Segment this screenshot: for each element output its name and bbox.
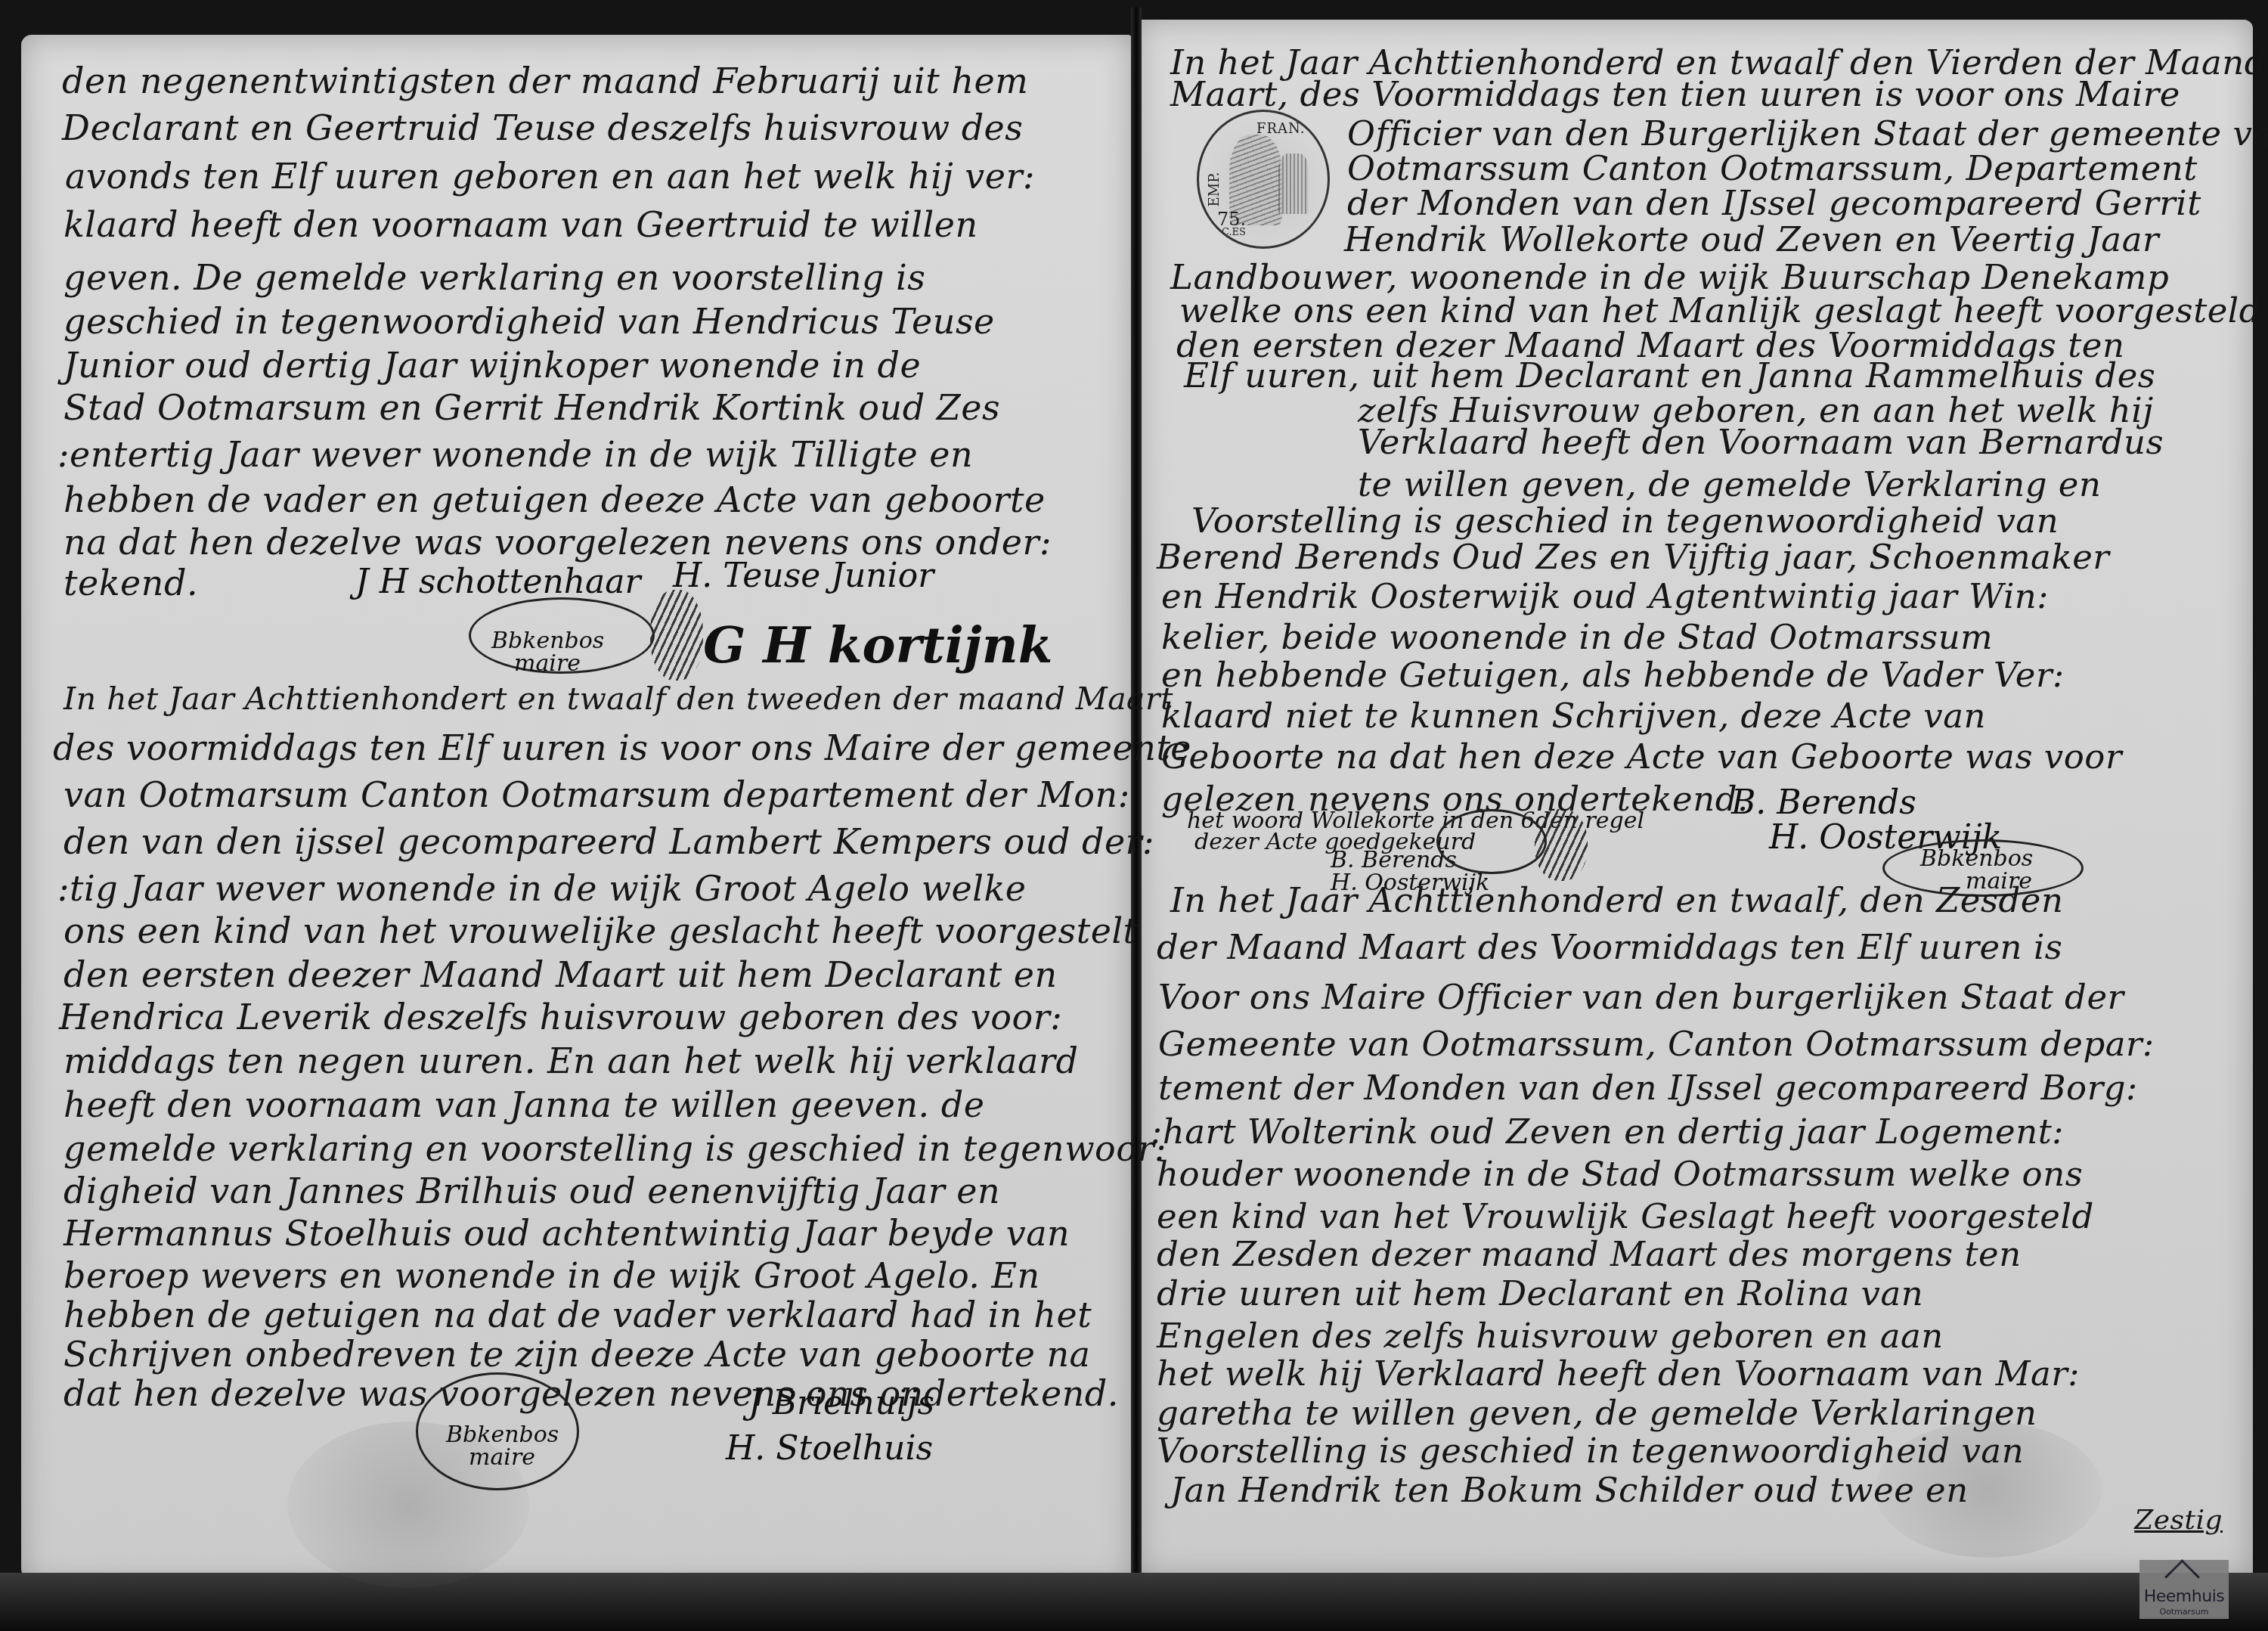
text-line: het welk hij Verklaard heeft den Voornaa… — [1157, 1353, 2080, 1394]
text-line: den Zesden dezer maand Maart des morgens… — [1157, 1234, 2022, 1274]
text-line: Voorstelling is geschied in tegenwoordig… — [1157, 1431, 2024, 1471]
heemhuis-ootmarsum-logo: Heemhuis Ootmarsum — [2139, 1560, 2229, 1619]
text-line: Zestig — [2134, 1505, 2223, 1536]
text-line: der Maand Maart des Voormiddags ten Elf … — [1157, 927, 2062, 967]
text-line: houder woonende in de Stad Ootmarssum we… — [1157, 1154, 2083, 1194]
logo-town: Ootmarsum — [2139, 1607, 2229, 1617]
right-page-record-2: In het Jaar Achttienhonderd en twaalf, d… — [0, 0, 2268, 1631]
text-line: drie uuren uit hem Declarant en Rolina v… — [1157, 1273, 1923, 1313]
text-line: garetha te willen geven, de gemelde Verk… — [1157, 1393, 2037, 1433]
text-line: :hart Wolterink oud Zeven en dertig jaar… — [1151, 1112, 2064, 1152]
text-line: Jan Hendrik ten Bokum Schilder oud twee … — [1170, 1470, 1969, 1510]
text-line: Gemeente van Ootmarssum, Canton Ootmarss… — [1158, 1024, 2155, 1064]
logo-name: Heemhuis — [2139, 1587, 2229, 1606]
text-line: In het Jaar Achttienhonderd en twaalf, d… — [1170, 880, 2063, 920]
text-line: tement der Monden van den IJssel gecompa… — [1158, 1068, 2138, 1108]
text-line: Engelen des zelfs huisvrouw geboren en a… — [1157, 1316, 1944, 1356]
text-line: Voor ons Maire Officier van den burgerli… — [1158, 977, 2124, 1017]
text-line: een kind van het Vrouwlijk Geslagt heeft… — [1157, 1196, 2094, 1236]
